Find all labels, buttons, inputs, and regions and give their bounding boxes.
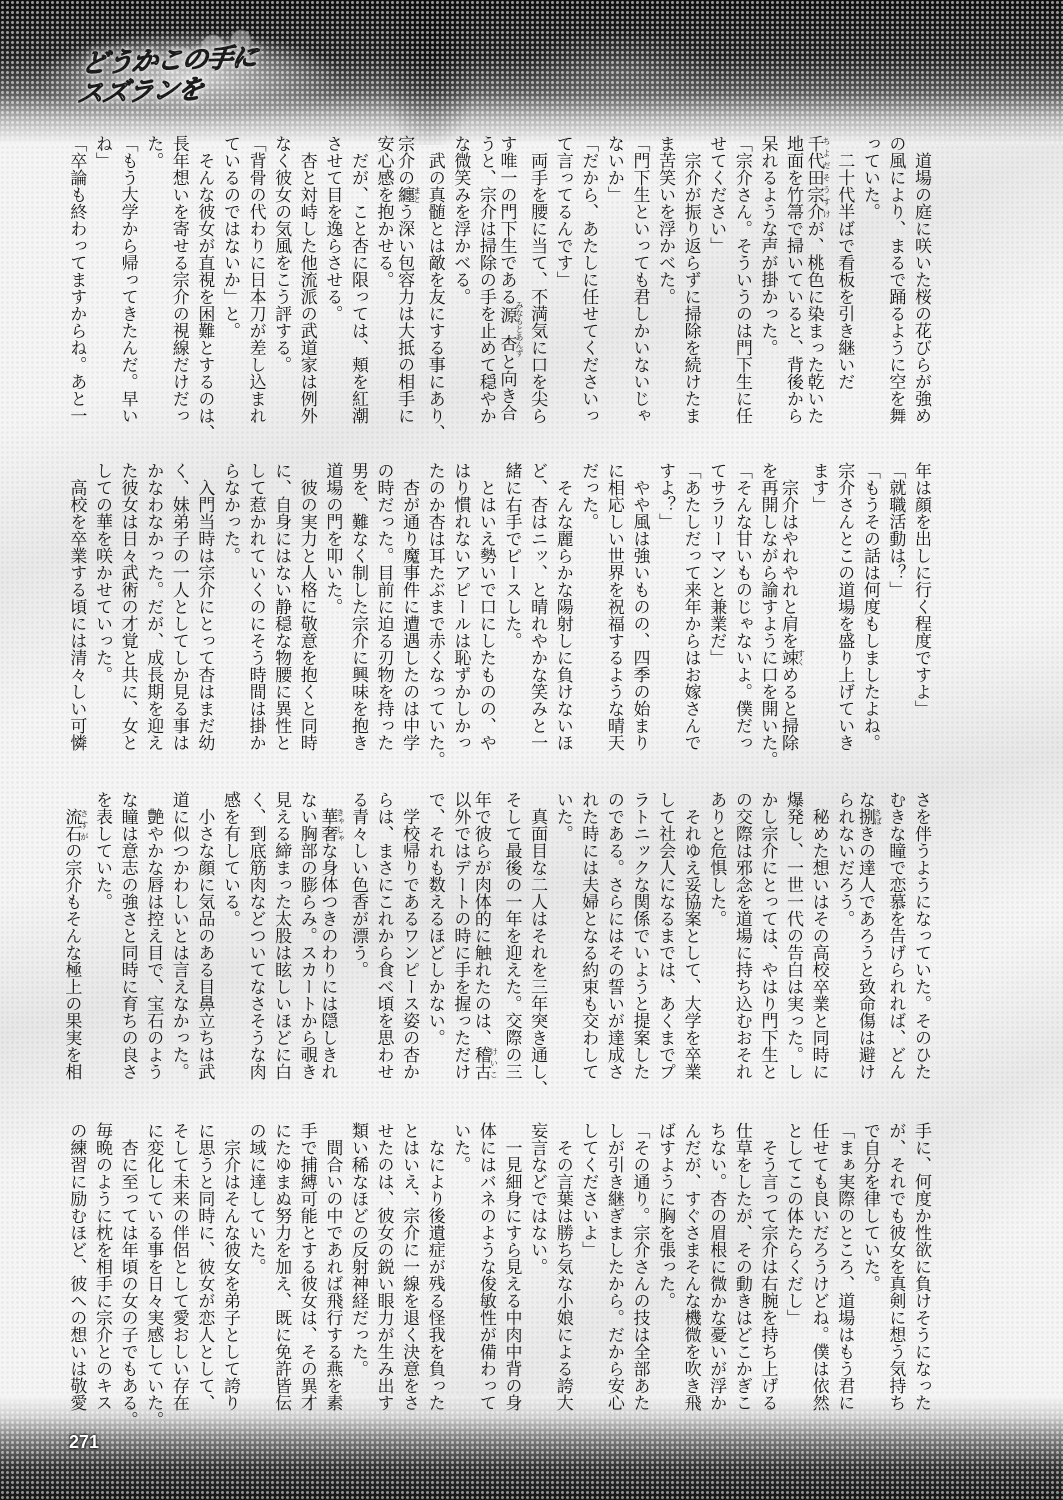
text-column: ばすように胸を張った。 [651,1122,677,1412]
text-column: 「そんな甘いものじゃないよ。僕だっ [728,462,754,752]
text-block-3: さを伴うようになっていた。そのひたむきな瞳で恋慕を告げられれば、どんな捌さばきの… [62,791,933,1081]
text-column: 宗介が振り返らずに掃除を続けたま [677,135,703,425]
text-column: 艶やかな唇は控え目で、宝石のよう [140,791,166,1081]
text-column: 呆れるような声が掛かった。 [754,135,780,425]
text-column: 杏に至っては年頃の女の子でもある。 [114,1122,140,1412]
text-column: そんな彼女が直視を困難とするのは、 [191,135,217,425]
text-column: 間合いの中であれば飛行する燕を素 [319,1122,345,1412]
text-column: ちない。杏の眉根に微かな憂いが浮か [703,1122,729,1412]
text-column: としてこの体たらくだし」 [779,1122,805,1412]
text-column: を再開しながら諭すように口を開いた。 [754,462,780,752]
text-column: 「もう大学から帰ってきたんだ。早い [114,135,140,425]
text-column: 学校帰りであるワンピース姿の杏か [396,791,422,1081]
text-column: 「だから、あたしに任せてくださいっ [575,135,601,425]
story-title-line-1: どうかこの手に [80,43,259,79]
text-column: 小さな顔に気品のある目鼻立ちは武 [191,791,217,1081]
text-column: 宗介はやれやれと肩を竦すくめると掃除 [779,462,805,752]
text-block-2: 年は顔を出しに行く程度ですよ」「就職活動は？」「もうその話は何度もしましたよね。… [62,462,933,752]
text-column: はり慣れないアピールは恥ずかしかっ [447,462,473,752]
text-column: が、それでも彼女を真剣に想う気持ち [882,1122,908,1412]
text-column: うと、宗介は掃除の手を止めて穏やか [472,135,498,425]
text-column: 感を有している。 [216,791,242,1081]
text-column: んだが、すぐさまそんな機微を吹き飛 [677,1122,703,1412]
text-column: ます」 [805,462,831,752]
text-column: す唯一の門下生である源杏みなもとあんずと向き合 [498,135,524,425]
text-column: て言ってるんです」 [549,135,575,425]
text-column: して惹かれていくのにそう時間は掛か [242,462,268,752]
text-column: 男を、難なく制した宗介に興味を抱き [344,462,370,752]
text-column: 道場の庭に咲いた桜の花びらが強め [907,135,933,425]
text-column: 秘めた想いはその高校卒業と同時に [805,791,831,1081]
text-column: な微笑みを浮かべる。 [447,135,473,425]
text-column: らなかった。 [216,462,242,752]
story-title: どうかこの手に スズランを [76,43,259,109]
text-column: いた。 [447,1122,473,1412]
text-column: かなわなかった。だが、成長期を迎え [140,462,166,752]
story-title-line-2: スズランを [76,73,255,109]
text-column: な瞳は意志の強さと同時に育ちの良さ [114,791,140,1081]
text-column: 以外ではデートの時に手を握っただけ [447,791,473,1081]
text-column: の練習に励むほど、彼への想いは敬愛 [63,1122,89,1412]
text-column: のである。さらにはその誓いが達成さ [600,791,626,1081]
text-column: だった。 [575,462,601,752]
text-column: に思うと同時に、彼女が恋人として、 [191,1122,217,1412]
text-column: なにより後遺症が残る怪我を負った [421,1122,447,1412]
text-column: 類い稀なほどの反射神経だった。 [344,1122,370,1412]
text-column: してくださいよ」 [575,1122,601,1412]
text-column: 両手を腰に当て、不満気に口を尖ら [524,135,550,425]
text-column: 「まぁ実際のところ、道場はもう君に [831,1122,857,1412]
text-column: 入門当時は宗介にとって杏はまだ幼 [191,462,217,752]
text-column: 手で捕縛可能とする彼女は、その異才 [293,1122,319,1412]
text-column: 「宗介さん。そういうのは門下生に任 [728,135,754,425]
text-column: る青々しい色香が漂う。 [344,791,370,1081]
text-column: かし宗介にとっては、やはり門下生と [754,791,780,1081]
text-column: 妄言などではない。 [524,1122,550,1412]
text-column: ない胸部の膨らみ。スカートから覗き [293,791,319,1081]
text-block-4: 手に、何度か性欲に負けそうになったが、それでも彼女を真剣に想う気持ちで自分を律し… [62,1122,933,1412]
text-column: の域に達していた。 [242,1122,268,1412]
text-column: ありと危惧した。 [703,791,729,1081]
text-column: 一見細身にすら見える中肉中背の身 [498,1122,524,1412]
text-column: 「就職活動は？」 [882,462,908,752]
text-column: とはいえ勢いで口にしたものの、や [472,462,498,752]
text-column: 道場の門を叩いた。 [319,462,345,752]
text-column: せてください」 [703,135,729,425]
text-column: 宗介さんとこの道場を盛り上げていき [831,462,857,752]
text-column: すよ？」 [651,462,677,752]
text-column: しが引き継ぎましたから。だから安心 [600,1122,626,1412]
text-column: の風により、まるで踊るように空を舞 [882,135,908,425]
text-column: にたゆまぬ努力を加え、既に免許皆伝 [268,1122,294,1412]
text-column: 宗介の纏まとう深い包容力は大抵の相手に [396,135,422,425]
text-column: ね」 [88,135,114,425]
text-column: 華奢きゃしゃな身体つきのわりには隠しきれ [319,791,345,1081]
text-column: 爆発し、一世一代の告白は実った。し [779,791,805,1081]
text-column: 仕草をしたが、その動きはどこかぎこ [728,1122,754,1412]
text-column: ラトニックな関係でいようと提案した [626,791,652,1081]
text-column: 見える締まった太股は眩しいほどに白 [268,791,294,1081]
text-column: 「門下生といっても君しかいないじゃ [626,135,652,425]
text-column: 毎晩のように枕を相手に宗介とのキス [88,1122,114,1412]
text-column: てサラリーマンと兼業だ」 [703,462,729,752]
text-column: の交際は邪念を道場に持ち込むおそれ [728,791,754,1081]
text-column: 二十代半ばで看板を引き継いだ [831,135,857,425]
text-column: だが、こと杏に限っては、頬を紅潮 [344,135,370,425]
text-column: 手に、何度か性欲に負けそうになった [907,1122,933,1412]
text-column: 年は顔を出しに行く程度ですよ」 [907,462,933,752]
text-column: 長年想いを寄せる宗介の視線だけだっ [165,135,191,425]
text-column: しての華を咲かせていった。 [88,462,114,752]
text-column: 任せても良いだろうけどね。僕は依然 [805,1122,831,1412]
page-number: 271 [69,1432,99,1453]
text-column: を表していた。 [88,791,114,1081]
text-column: れた時には夫婦となる約束も交わして [575,791,601,1081]
text-column: ないか」 [600,135,626,425]
text-column: で、それも数えるほどしかない。 [421,791,447,1081]
text-column: 流石さすがの宗介もそんな極上の果実を相 [63,791,89,1081]
text-column: 杏が通り魔事件に遭遇したのは中学 [396,462,422,752]
text-column: っていた。 [856,135,882,425]
text-column: させて目を逸らさせる。 [319,135,345,425]
text-column: 千代田宗介ちよだそうすけが、桃色に染まった乾いた [805,135,831,425]
text-column: そう言って宗介は右腕を持ち上げる [754,1122,780,1412]
text-column: とはいえ、宗介に一線を退く決意をさ [396,1122,422,1412]
text-column: ま苦笑いを浮かべた。 [651,135,677,425]
text-column: そして未来の伴侶として愛おしい存在 [165,1122,191,1412]
text-column: た彼女は日々武術の才覚と共に、女と [114,462,140,752]
text-column: 宗介はそんな彼女を弟子として誇り [216,1122,242,1412]
text-column: ど、杏はニッ、と晴れやかな笑みと一 [524,462,550,752]
text-column: 地面を竹箒で掃いていると、背後から [779,135,805,425]
text-column: さを伴うようになっていた。そのひた [907,791,933,1081]
text-column: その言葉は勝ち気な小娘による誇大 [549,1122,575,1412]
text-column: 高校を卒業する頃には清々しい可憐 [63,462,89,752]
text-column: で自分を律していた。 [856,1122,882,1412]
text-column: の時だった。目前に迫る刃物を持った [370,462,396,752]
text-column: く、到底筋肉などついてなさそうな肉 [242,791,268,1081]
text-column: な捌さばきの達人であろうと致命傷は避け [856,791,882,1081]
text-column: 真面目な二人はそれを三年突き通し、 [524,791,550,1081]
text-column: 武の真髄とは敵を友にする事にあり、 [421,135,447,425]
text-column: 杏と対峙した他流派の武道家は例外 [293,135,319,425]
text-column: それゆえ妥協案として、大学を卒業 [677,791,703,1081]
text-column: 「背骨の代わりに日本刀が差し込まれ [242,135,268,425]
text-column: く、妹弟子の一人としてしか見る事は [165,462,191,752]
text-column: 年で彼らが肉体的に触れたのは、稽古けいこ [472,791,498,1081]
text-column: に相応しい世界を祝福するような晴天 [600,462,626,752]
text-column: ているのではないか」と。 [216,135,242,425]
text-column: 道に似つかわしいとは言えなかった。 [165,791,191,1081]
text-column: た。 [140,135,166,425]
text-column: なく彼女の気風をこう評する。 [268,135,294,425]
text-column: 彼の実力と人格に敬意を抱くと同時 [293,462,319,752]
text-column: いた。 [549,791,575,1081]
text-column: らは、まさにこれから食べ頃を思わせ [370,791,396,1081]
text-block-1: 道場の庭に咲いた桜の花びらが強めの風により、まるで踊るように空を舞っていた。 二… [62,135,933,425]
text-column: 「卒論も終わってますからね。あと一 [63,135,89,425]
text-column: やや風は強いものの、四季の始まり [626,462,652,752]
text-column: 「もうその話は何度もしましたよね。 [856,462,882,752]
text-column: 緒に右手でピースした。 [498,462,524,752]
text-column: たのか杏は耳たぶまで赤くなっていた。 [421,462,447,752]
text-column: むきな瞳で恋慕を告げられれば、どん [882,791,908,1081]
text-column: して社会人になるまでは、あくまでプ [651,791,677,1081]
text-column: に、自身にはない静穏な物腰に異性と [268,462,294,752]
text-column: そんな麗らかな陽射しに負けないほ [549,462,575,752]
text-column: そして最後の一年を迎えた。交際の三 [498,791,524,1081]
text-column: 「あたしだって来年からはお嫁さんで [677,462,703,752]
page: どうかこの手に スズランを 道場の庭に咲いた桜の花びらが強めの風により、まるで踊… [0,0,1063,1500]
text-column: に変化している事を日々実感していた。 [140,1122,166,1412]
text-column: 体にはバネのような俊敏性が備わって [472,1122,498,1412]
text-column: 「その通り。宗介さんの技は全部あた [626,1122,652,1412]
text-column: せたのは、彼女の鋭い眼力が生み出す [370,1122,396,1412]
